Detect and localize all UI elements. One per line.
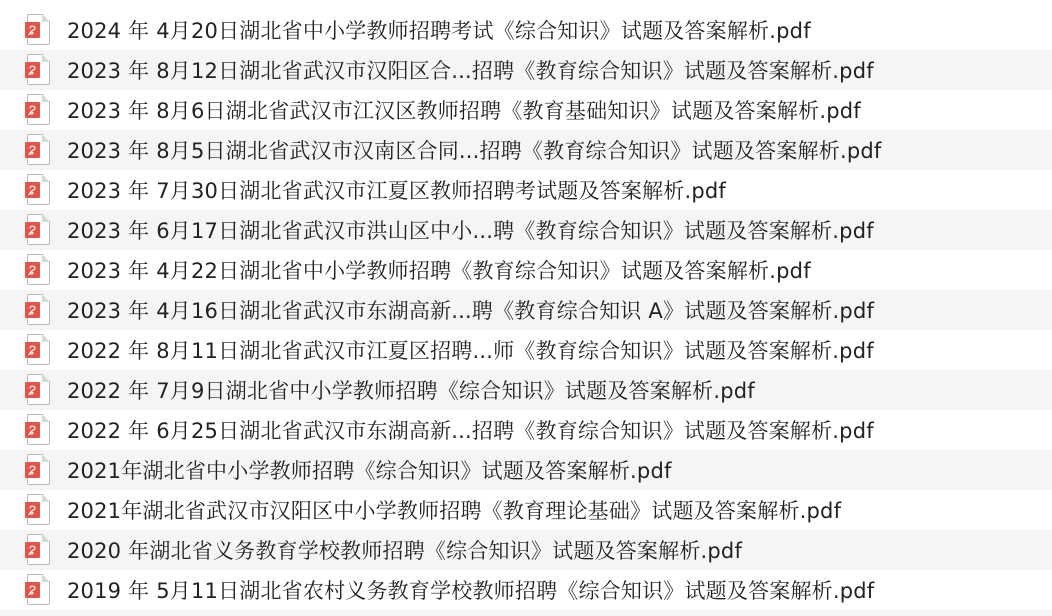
- file-name: 2022 年 8月11日湖北省武汉市江夏区招聘...师《教育综合知识》试题及答案…: [67, 335, 874, 365]
- file-row[interactable]: 2021年湖北省中小学教师招聘《综合知识》试题及答案解析.pdf: [0, 450, 1052, 490]
- file-row[interactable]: 2024 年 4月20日湖北省中小学教师招聘考试《综合知识》试题及答案解析.pd…: [0, 10, 1052, 50]
- file-name: 2023 年 8月6日湖北省武汉市江汉区教师招聘《教育基础知识》试题及答案解析.…: [67, 95, 861, 125]
- file-row[interactable]: 2023 年 4月22日湖北省中小学教师招聘《教育综合知识》试题及答案解析.pd…: [0, 250, 1052, 290]
- pdf-file-icon: [25, 494, 52, 526]
- file-row[interactable]: 2022 年 6月25日湖北省武汉市东湖高新...招聘《教育综合知识》试题及答案…: [0, 410, 1052, 450]
- file-name: 2023 年 4月16日湖北省武汉市东湖高新...聘《教育综合知识 A》试题及答…: [67, 295, 874, 325]
- file-row[interactable]: 2019 年 5月11日湖北省农村义务教育学校教师招聘《综合知识》试题及答案解析…: [0, 570, 1052, 610]
- pdf-file-icon: [25, 294, 52, 326]
- file-row[interactable]: 2023 年 4月16日湖北省武汉市东湖高新...聘《教育综合知识 A》试题及答…: [0, 290, 1052, 330]
- next-row-partial: [0, 610, 1052, 616]
- file-row[interactable]: 2023 年 8月6日湖北省武汉市江汉区教师招聘《教育基础知识》试题及答案解析.…: [0, 90, 1052, 130]
- file-row[interactable]: 2023 年 8月5日湖北省武汉市汉南区合同...招聘《教育综合知识》试题及答案…: [0, 130, 1052, 170]
- file-name: 2023 年 8月12日湖北省武汉市汉阳区合...招聘《教育综合知识》试题及答案…: [67, 55, 874, 85]
- pdf-file-icon: [25, 334, 52, 366]
- file-row[interactable]: 2021年湖北省武汉市汉阳区中小学教师招聘《教育理论基础》试题及答案解析.pdf: [0, 490, 1052, 530]
- file-name: 2020 年湖北省义务教育学校教师招聘《综合知识》试题及答案解析.pdf: [67, 535, 742, 565]
- file-name: 2023 年 8月5日湖北省武汉市汉南区合同...招聘《教育综合知识》试题及答案…: [67, 135, 881, 165]
- pdf-file-icon: [25, 414, 52, 446]
- file-name: 2023 年 6月17日湖北省武汉市洪山区中小...聘《教育综合知识》试题及答案…: [67, 215, 874, 245]
- file-name: 2023 年 4月22日湖北省中小学教师招聘《教育综合知识》试题及答案解析.pd…: [67, 255, 811, 285]
- file-name: 2021年湖北省武汉市汉阳区中小学教师招聘《教育理论基础》试题及答案解析.pdf: [67, 495, 841, 525]
- file-row[interactable]: 2022 年 7月9日湖北省中小学教师招聘《综合知识》试题及答案解析.pdf: [0, 370, 1052, 410]
- pdf-file-icon: [25, 134, 52, 166]
- pdf-file-icon: [25, 54, 52, 86]
- file-name: 2021年湖北省中小学教师招聘《综合知识》试题及答案解析.pdf: [67, 455, 672, 485]
- pdf-file-icon: [25, 454, 52, 486]
- file-row[interactable]: 2023 年 8月12日湖北省武汉市汉阳区合...招聘《教育综合知识》试题及答案…: [0, 50, 1052, 90]
- pdf-file-icon: [25, 534, 52, 566]
- file-name: 2022 年 7月9日湖北省中小学教师招聘《综合知识》试题及答案解析.pdf: [67, 375, 755, 405]
- file-row[interactable]: 2020 年湖北省义务教育学校教师招聘《综合知识》试题及答案解析.pdf: [0, 530, 1052, 570]
- file-row[interactable]: 2023 年 7月30日湖北省武汉市江夏区教师招聘考试题及答案解析.pdf: [0, 170, 1052, 210]
- file-row[interactable]: 2022 年 8月11日湖北省武汉市江夏区招聘...师《教育综合知识》试题及答案…: [0, 330, 1052, 370]
- pdf-file-icon: [25, 254, 52, 286]
- pdf-file-icon: [25, 574, 52, 606]
- pdf-file-icon: [25, 14, 52, 46]
- pdf-file-icon: [25, 174, 52, 206]
- file-name: 2024 年 4月20日湖北省中小学教师招聘考试《综合知识》试题及答案解析.pd…: [67, 15, 811, 45]
- file-name: 2023 年 7月30日湖北省武汉市江夏区教师招聘考试题及答案解析.pdf: [67, 175, 726, 205]
- file-row[interactable]: 2023 年 6月17日湖北省武汉市洪山区中小...聘《教育综合知识》试题及答案…: [0, 210, 1052, 250]
- pdf-file-icon: [25, 94, 52, 126]
- pdf-file-icon: [25, 374, 52, 406]
- pdf-file-icon: [25, 214, 52, 246]
- file-name: 2022 年 6月25日湖北省武汉市东湖高新...招聘《教育综合知识》试题及答案…: [67, 415, 874, 445]
- file-list: 2024 年 4月20日湖北省中小学教师招聘考试《综合知识》试题及答案解析.pd…: [0, 10, 1052, 610]
- file-name: 2019 年 5月11日湖北省农村义务教育学校教师招聘《综合知识》试题及答案解析…: [67, 575, 874, 605]
